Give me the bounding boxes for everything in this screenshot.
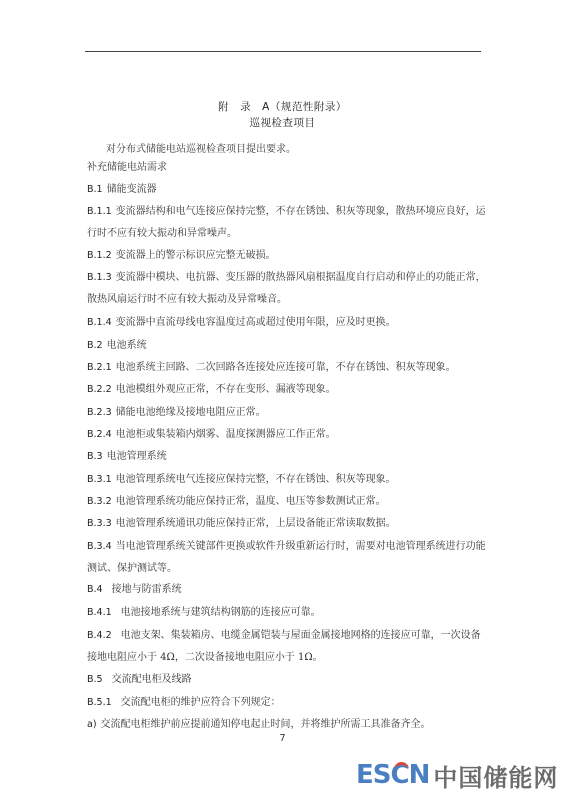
- watermark-latin: ESCN: [356, 760, 429, 790]
- clause-number: B.2: [87, 340, 103, 351]
- clause-text: 电池接地系统与建筑结构钢筋的连接应可靠。: [121, 607, 321, 618]
- heading-b4: B.4接地与防雷系统: [87, 583, 182, 597]
- clause-text: 电池柜或集装箱内烟雾、温度探测器应工作正常。: [116, 429, 336, 440]
- clause-text: 电池管理系统电气连接应保持完整，不存在锈蚀、积灰等现象。: [116, 474, 396, 485]
- list-marker: a): [87, 719, 97, 730]
- clause-text: 当电池管理系统关键部件更换或软件升级重新运行时，需要对电池管理系统进行功能: [116, 541, 486, 552]
- clause-number: B.1.3: [87, 272, 112, 283]
- clause-b3-4: B.3.4当电池管理系统关键部件更换或软件升级重新运行时，需要对电池管理系统进行…: [87, 540, 486, 554]
- clause-text: 电池模组外观应正常，不存在变形、漏液等现象。: [116, 384, 336, 395]
- heading-b5: B.5交流配电柜及线路: [87, 673, 192, 687]
- clause-number: B.1: [87, 184, 103, 195]
- watermark-latin-text: ESCN: [356, 760, 429, 790]
- clause-number: B.3.2: [87, 496, 112, 507]
- clause-number: B.3.3: [87, 518, 112, 529]
- clause-text: 电池支架、集装箱房、电缆金属铠装与屋面金属接地网格的连接应可靠，一次设备: [121, 630, 481, 641]
- clause-text: 电池管理系统功能应保持正常，温度、电压等参数测试正常。: [116, 496, 386, 507]
- watermark-chinese: 中国储能网: [433, 758, 558, 793]
- clause-text: 交流配电柜的维护应符合下列规定：: [121, 697, 281, 708]
- clause-b2-1: B.2.1电池系统主回路、二次回路各连接处应连接可靠，不存在锈蚀、积灰等现象。: [87, 361, 456, 375]
- clause-b1-2: B.1.2变流器上的警示标识应完整无破损。: [87, 249, 276, 263]
- clause-text: 电池管理系统通讯功能应保持正常，上层设备能正常读取数据。: [116, 518, 396, 529]
- clause-text: 电池管理系统: [107, 451, 167, 462]
- header-rule: [85, 51, 481, 52]
- clause-number: B.2.2: [87, 384, 112, 395]
- appendix-title: 附 录 A（规范性附录）: [0, 99, 565, 114]
- clause-b3-1: B.3.1电池管理系统电气连接应保持完整，不存在锈蚀、积灰等现象。: [87, 473, 396, 487]
- clause-b1-3: B.1.3变流器中模块、电抗器、变压器的散热器风扇根据温度自行启动和停止的功能正…: [87, 271, 486, 285]
- clause-b2-3: B.2.3储能电池绝缘及接地电阻应正常。: [87, 406, 266, 420]
- appendix-subtitle: 巡视检查项目: [0, 115, 565, 130]
- heading-b3: B.3电池管理系统: [87, 450, 167, 464]
- clause-b4-1: B.4.1电池接地系统与建筑结构钢筋的连接应可靠。: [87, 606, 321, 620]
- clause-b2-4: B.2.4电池柜或集装箱内烟雾、温度探测器应工作正常。: [87, 428, 336, 442]
- clause-number: B.2.3: [87, 407, 112, 418]
- clause-number: B.1.1: [87, 206, 112, 217]
- clause-b3-4-continued: 测试、保护测试等。: [87, 562, 177, 576]
- logo-arc-icon: [394, 762, 409, 775]
- clause-number: B.2.4: [87, 429, 112, 440]
- clause-number: B.5: [87, 674, 103, 685]
- heading-b2: B.2电池系统: [87, 339, 147, 353]
- clause-number: B.4: [87, 584, 103, 595]
- clause-b2-2: B.2.2电池模组外观应正常，不存在变形、漏液等现象。: [87, 383, 336, 397]
- clause-b1-3-continued: 散热风扇运行时不应有较大振动及异常噪音。: [87, 293, 287, 307]
- clause-text: 散热风扇运行时不应有较大振动及异常噪音。: [87, 294, 287, 305]
- intro-paragraph: 对分布式储能电站巡视检查项目提出要求。: [106, 143, 296, 157]
- list-item-a: a)交流配电柜维护前应提前通知停电起止时间，并将维护所需工具准备齐全。: [87, 718, 431, 732]
- clause-text: 电池系统主回路、二次回路各连接处应连接可靠，不存在锈蚀、积灰等现象。: [116, 362, 456, 373]
- clause-number: B.1.2: [87, 250, 112, 261]
- clause-text: 行时不应有较大振动和异常噪声。: [87, 228, 237, 239]
- clause-text: 测试、保护测试等。: [87, 563, 177, 574]
- clause-text: 电池系统: [107, 340, 147, 351]
- clause-text: 交流配电柜维护前应提前通知停电起止时间，并将维护所需工具准备齐全。: [101, 719, 431, 730]
- clause-number: B.3.1: [87, 474, 112, 485]
- clause-text: 变流器结构和电气连接应保持完整，不存在锈蚀、积灰等现象，散热环境应良好，运: [116, 206, 486, 217]
- clause-number: B.2.1: [87, 362, 112, 373]
- clause-number: B.4.1: [87, 607, 112, 618]
- clause-b1-4: B.1.4变流器中直流母线电容温度过高或超过使用年限，应及时更换。: [87, 316, 396, 330]
- clause-b5-1: B.5.1交流配电柜的维护应符合下列规定：: [87, 696, 281, 710]
- clause-text: 接地电阻应小于 4Ω，二次设备接地电阻应小于 1Ω。: [87, 652, 323, 663]
- clause-text: 变流器上的警示标识应完整无破损。: [116, 250, 276, 261]
- clause-text: 交流配电柜及线路: [112, 674, 192, 685]
- clause-b3-2: B.3.2电池管理系统功能应保持正常，温度、电压等参数测试正常。: [87, 495, 386, 509]
- clause-b1-1-continued: 行时不应有较大振动和异常噪声。: [87, 227, 237, 241]
- section-heading: 补充储能电站需求: [87, 161, 167, 175]
- clause-number: B.1.4: [87, 317, 112, 328]
- heading-b1: B.1储能变流器: [87, 183, 157, 197]
- clause-text: 变流器中模块、电抗器、变压器的散热器风扇根据温度自行启动和停止的功能正常，: [116, 272, 486, 283]
- clause-b4-2: B.4.2电池支架、集装箱房、电缆金属铠装与屋面金属接地网格的连接应可靠，一次设…: [87, 629, 481, 643]
- clause-number: B.3: [87, 451, 103, 462]
- clause-number: B.3.4: [87, 541, 112, 552]
- escn-watermark-logo: ESCN 中国储能网: [356, 758, 558, 792]
- clause-b3-3: B.3.3电池管理系统通讯功能应保持正常，上层设备能正常读取数据。: [87, 517, 396, 531]
- clause-number: B.4.2: [87, 630, 112, 641]
- clause-number: B.5.1: [87, 697, 112, 708]
- clause-text: 储能电池绝缘及接地电阻应正常。: [116, 407, 266, 418]
- clause-text: 储能变流器: [107, 184, 157, 195]
- clause-text: 变流器中直流母线电容温度过高或超过使用年限，应及时更换。: [116, 317, 396, 328]
- page-number: 7: [0, 733, 565, 744]
- clause-b4-2-continued: 接地电阻应小于 4Ω，二次设备接地电阻应小于 1Ω。: [87, 651, 323, 665]
- clause-text: 接地与防雷系统: [112, 584, 182, 595]
- clause-b1-1: B.1.1变流器结构和电气连接应保持完整，不存在锈蚀、积灰等现象，散热环境应良好…: [87, 205, 486, 219]
